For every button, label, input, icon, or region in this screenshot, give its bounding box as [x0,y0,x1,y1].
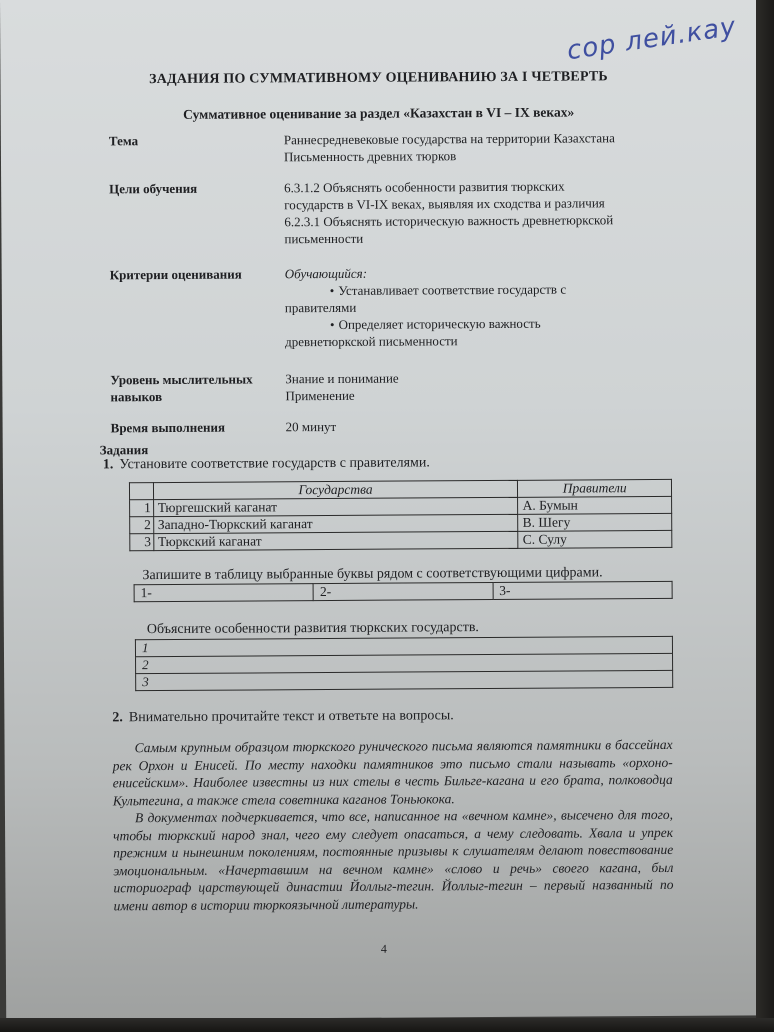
criteria-row: Критерии оценивания Обучающийся: •Устана… [110,263,671,351]
criteria-value: Обучающийся: •Устанавливает соответствие… [285,263,671,350]
topic-row: Тема Раннесредневековые государства на т… [109,129,669,166]
row-num: 2 [130,517,154,534]
goal-line: 6.2.3.1 Объяснять историческую важность … [284,211,669,230]
explain-table: 1 2 3 [135,636,673,691]
passage-paragraph: В документах подчеркивается, что все, на… [113,806,674,914]
topic-value: Раннесредневековые государства на террит… [284,129,669,165]
bullet-icon: • [330,283,335,298]
ruler-cell: C. Сулу [518,530,672,548]
state-cell: Тюркский каганат [153,531,518,550]
answer-table: 1- 2- 3- [134,581,673,602]
explain-row[interactable]: 3 [136,670,673,690]
criteria-label: Критерии оценивания [110,265,286,351]
task2-number: 2. [112,710,123,725]
matching-table: Государства Правители 1 Тюргешский каган… [129,479,672,551]
document-subtitle: Суммативное оценивание за раздел «Казахс… [1,103,757,124]
ruler-cell: B. Шегу [518,513,672,531]
time-row: Время выполнения 20 минут [111,416,671,436]
background-edge [756,0,774,1032]
thinking-label: Уровень мыслительных навыков [110,370,285,405]
topic-line: Письменность древних тюрков [284,146,669,165]
row-num: 1 [130,500,154,517]
document-page: сор лей.кау ЗАДАНИЯ ПО СУММАТИВНОМУ ОЦЕН… [0,0,762,1020]
thinking-row: Уровень мыслительных навыков Знание и по… [110,368,670,405]
assessment-info: Тема Раннесредневековые государства на т… [109,129,671,450]
row-num: 3 [130,534,154,551]
criteria-bullet-cont: древнетюркской письменности [285,331,670,350]
handwritten-note: сор лей.кау [565,12,738,66]
goals-row: Цели обучения 6.3.1.2 Объяснять особенно… [109,177,669,248]
criteria-bullet-text: Устанавливает соответствие государств с [338,282,566,298]
explain-cell[interactable]: 3 [136,670,673,690]
topic-line: Раннесредневековые государства на террит… [284,129,669,148]
thinking-line: Применение [285,385,670,404]
page-number: 4 [6,939,762,959]
task1-prompt: 1.Установите соответствие государств с п… [103,455,430,473]
bullet-icon: • [330,317,335,332]
task1-number: 1. [103,457,114,472]
background-edge [0,1018,774,1032]
answer-cell-2[interactable]: 2- [313,583,492,601]
passage-paragraph: Самым крупным образцом тюркского руничес… [113,736,673,809]
time-value: 20 минут [286,416,671,435]
time-label: Время выполнения [111,418,286,436]
task1-text: Установите соответствие государств с пра… [119,455,430,472]
tasks-heading: Задания [100,442,149,458]
header-rulers: Правители [518,479,672,497]
task2-prompt: 2.Внимательно прочитайте текст и ответьт… [112,708,453,726]
task2-text: Внимательно прочитайте текст и ответьте … [129,708,454,725]
header-num-cell [129,483,153,500]
ruler-cell: A. Бумын [518,496,672,514]
goals-label: Цели обучения [109,179,284,248]
explain-instruction: Объясните особенности развития тюркских … [147,620,479,638]
thinking-value: Знание и понимание Применение [285,368,670,404]
answer-cell-1[interactable]: 1- [134,584,313,602]
criteria-bullet-text: Определяет историческую важность [339,316,541,332]
answer-row: 1- 2- 3- [134,581,672,601]
reading-passage: Самым крупным образцом тюркского руничес… [113,736,674,914]
goal-line: письменности [284,228,669,247]
table-row: 3 Тюркский каганат C. Сулу [130,530,672,550]
topic-label: Тема [109,131,284,166]
goals-value: 6.3.1.2 Объяснять особенности развития т… [284,177,669,247]
answer-cell-3[interactable]: 3- [493,581,672,599]
document-title: ЗАДАНИЯ ПО СУММАТИВНОМУ ОЦЕНИВАНИЮ ЗА I … [0,68,756,89]
